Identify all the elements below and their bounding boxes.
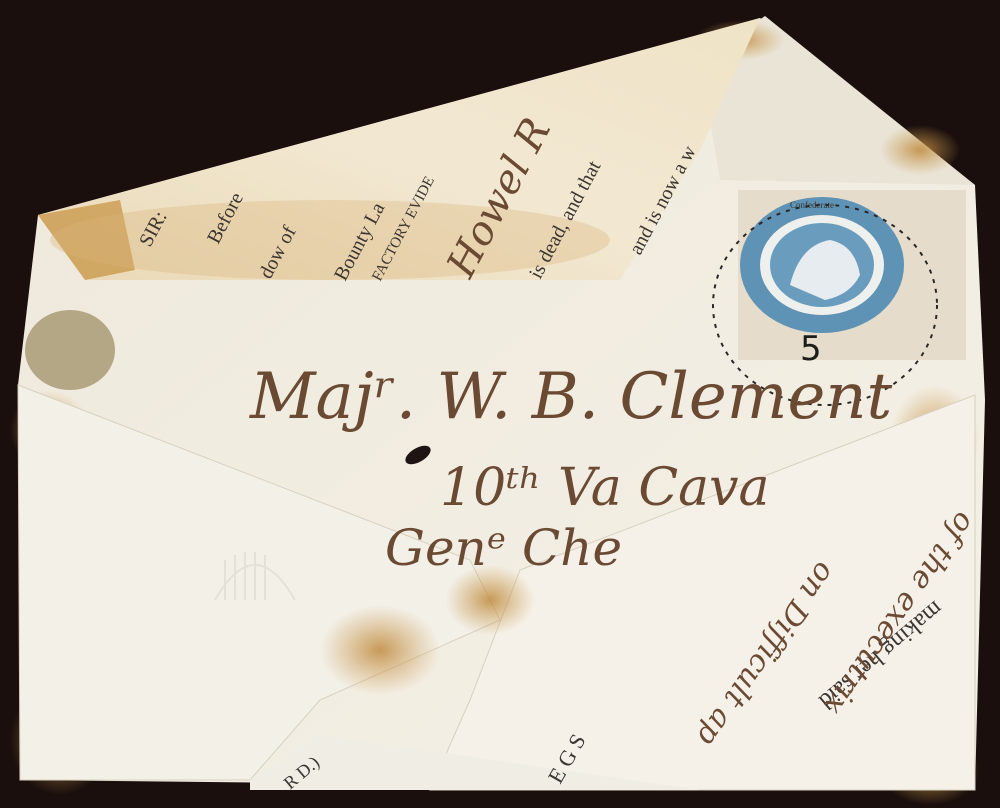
left-stain: [25, 310, 115, 390]
envelope-photo: Confederate 5 SIR: Before dow of Bounty …: [0, 0, 1000, 808]
address-line-1: Majʳ. W. B. Clement: [249, 360, 893, 434]
address-line-3: Genᵉ Che: [385, 519, 622, 577]
address-line-2: 10ᵗʰ Va Cava: [440, 458, 770, 518]
center-stain: [320, 605, 440, 695]
envelope-illustration: Confederate 5 SIR: Before dow of Bounty …: [0, 0, 1000, 808]
